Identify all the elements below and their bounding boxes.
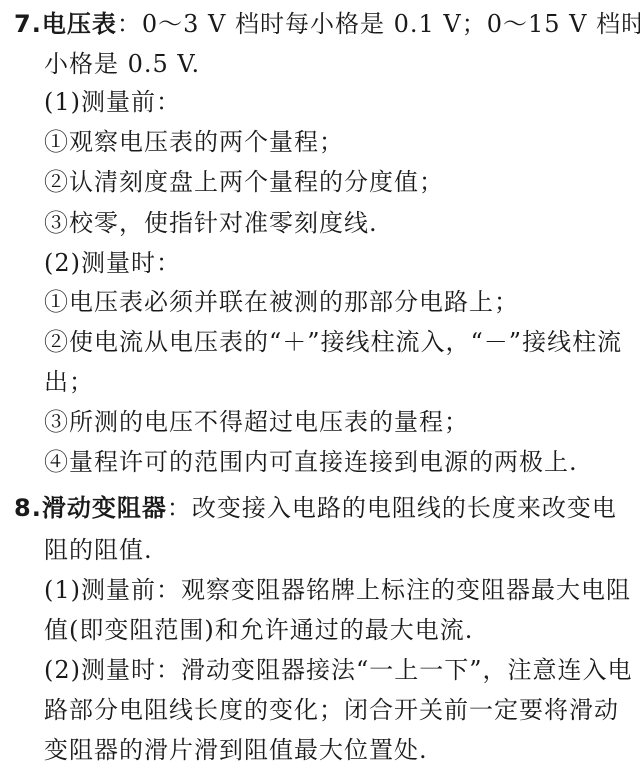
sub-item-cont: 值(即变阻范围)和允许通过的最大电流. — [44, 610, 473, 650]
section-7-heading: 7.电压表：0～3 V 档时每小格是 0.1 V；0～15 V 档时每 — [14, 4, 640, 44]
list-item: ②认清刻度盘上两个量程的分度值； — [44, 162, 444, 202]
section-number: 8. — [14, 494, 42, 522]
list-item: ①观察电压表的两个量程； — [44, 122, 344, 162]
sub-heading: (2)测量时： — [44, 243, 181, 283]
list-item-cont: 出； — [44, 362, 94, 402]
list-item: ②使电流从电压表的“＋”接线柱流入，“－”接线柱流 — [44, 322, 622, 362]
section-8-heading: 8.滑动变阻器：改变接入电路的电阻线的长度来改变电 — [14, 488, 617, 528]
section-number: 7. — [14, 10, 42, 38]
sub-item-cont: 变阻器的滑片滑到阻值最大位置处. — [44, 730, 428, 770]
section-8-text-cont: 阻的阻值. — [44, 530, 153, 570]
section-term: 电压表 — [42, 10, 117, 38]
section-text: ：改变接入电路的电阻线的长度来改变电 — [167, 494, 617, 522]
sub-heading: (1)测量前： — [44, 82, 181, 122]
list-item: ①电压表必须并联在被测的那部分电路上； — [44, 282, 519, 322]
section-7-text-cont: 小格是 0.5 V. — [44, 44, 200, 84]
list-item: ④量程许可的范围内可直接连接到电源的两极上. — [44, 442, 578, 482]
section-text: ：0～3 V 档时每小格是 0.1 V；0～15 V 档时每 — [117, 10, 640, 38]
list-item: ③所测的电压不得超过电压表的量程； — [44, 402, 469, 442]
sub-item: (1)测量前：观察变阻器铭牌上标注的变阻器最大电阻 — [44, 570, 631, 610]
sub-item-cont: 路部分电阻线长度的变化；闭合开关前一定要将滑动 — [44, 690, 619, 730]
list-item: ③校零，使指针对准零刻度线. — [44, 203, 378, 243]
sub-item: (2)测量时：滑动变阻器接法“一上一下”，注意连入电 — [44, 650, 633, 690]
section-term: 滑动变阻器 — [42, 494, 167, 522]
document-page: 7.电压表：0～3 V 档时每小格是 0.1 V；0～15 V 档时每 小格是 … — [0, 0, 640, 774]
